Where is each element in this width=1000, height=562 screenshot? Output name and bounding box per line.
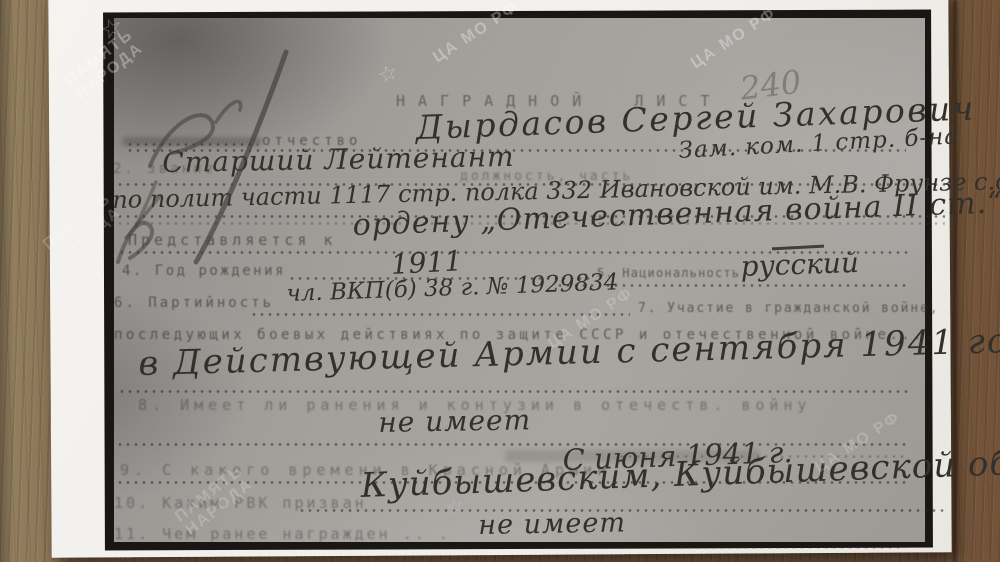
handwritten-rank: Старший Лейтенант xyxy=(162,140,515,179)
typed-label-presented-for: Представляется к xyxy=(128,231,337,249)
typed-label-prior-awards: 11. Чем ранее награжден .. . xyxy=(114,525,451,543)
handwritten-wounds: не имеет xyxy=(378,403,531,439)
typed-label-nationality: 5. Национальность xyxy=(597,266,740,280)
photo-of-award-document: НАГРАДНОЙ ЛИСТ отчество 2. звание должно… xyxy=(0,0,1000,562)
wood-plank-edge-left xyxy=(0,0,14,562)
dotted-leader xyxy=(252,313,630,316)
dotted-leader xyxy=(120,390,908,393)
typed-label-service-1: 7. Участие в гражданской войне, xyxy=(638,301,940,316)
typed-label-birth-year: 4. Год рождения xyxy=(122,263,286,279)
pencil-page-number: 240 xyxy=(738,63,803,108)
handwritten-prior-awards: не имеет xyxy=(478,507,626,541)
handwritten-nationality: русский xyxy=(740,246,859,283)
typed-label-party: 6. Партийность xyxy=(114,295,274,311)
dotted-leader xyxy=(360,546,905,549)
